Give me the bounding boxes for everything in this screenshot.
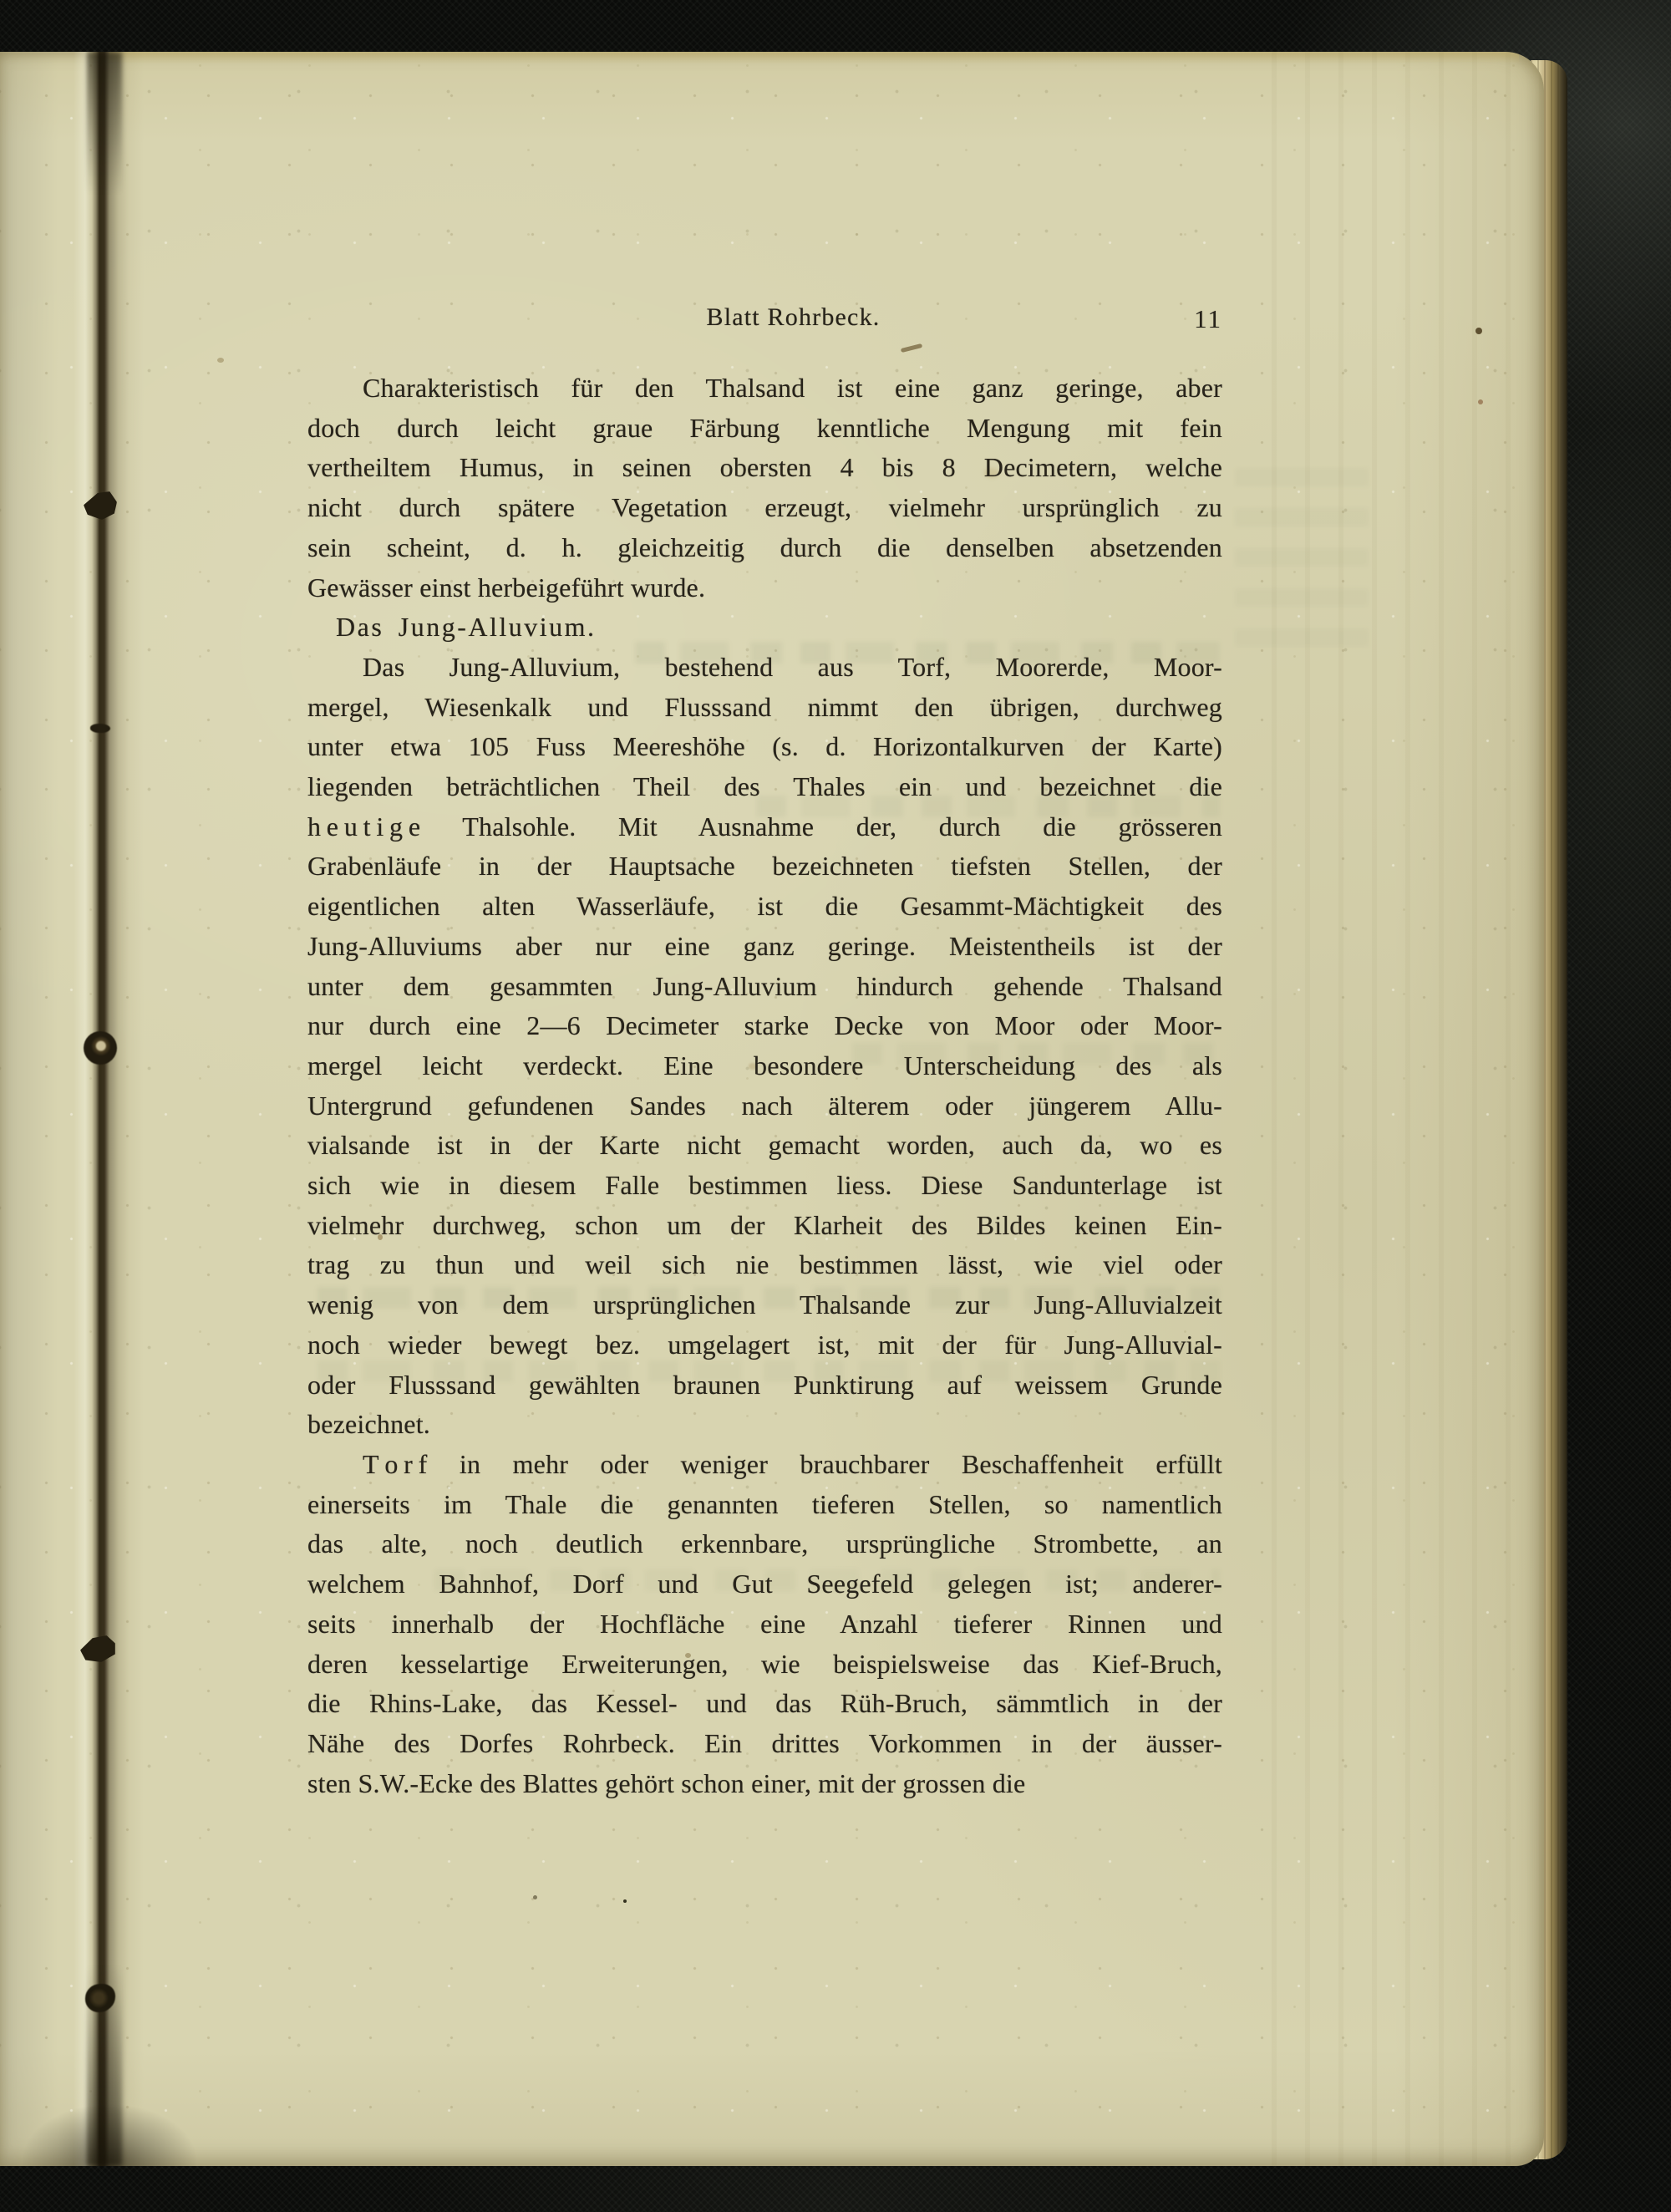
running-head: Blatt Rohrbeck. 11 — [307, 297, 1222, 338]
scan-streaks — [1243, 52, 1544, 2166]
text-line: unter dem gesammten Jung-Alluvium hindur… — [307, 967, 1222, 1007]
text-line: sich wie in diesem Falle bestimmen liess… — [307, 1166, 1222, 1206]
text-line: unter etwa 105 Fuss Meereshöhe (s. d. Ho… — [307, 727, 1222, 767]
text-line: mergel leicht verdeckt. Eine besondere U… — [307, 1046, 1222, 1086]
text-line: noch wieder bewegt bez. umgelagert ist, … — [307, 1325, 1222, 1365]
text-line: h e u t i g e Thalsohle. Mit Ausnahme de… — [307, 807, 1222, 847]
text-line: nicht durch spätere Vegetation erzeugt, … — [307, 488, 1222, 528]
running-head-title: Blatt Rohrbeck. — [336, 297, 1251, 338]
text-line: bezeichnet. — [307, 1405, 1222, 1445]
paper-stain — [533, 1895, 537, 1899]
ink-mark — [901, 343, 922, 353]
text-line: eigentlichen alten Wasserläufe, ist die … — [307, 887, 1222, 927]
book-page: Blatt Rohrbeck. 11 Charakteristisch für … — [0, 52, 1544, 2166]
text-line: Jung-Alluviums aber nur eine ganz gering… — [307, 927, 1222, 967]
text-line: vialsande ist in der Karte nicht gemacht… — [307, 1126, 1222, 1166]
text-line: das alte, noch deutlich erkennbare, ursp… — [307, 1524, 1222, 1564]
section-heading: Das Jung-Alluvium. — [336, 608, 1251, 648]
text-column: Charakteristisch für den Thalsand ist ei… — [307, 369, 1222, 1803]
text-line: Das Jung-Alluvium, bestehend aus Torf, M… — [307, 648, 1222, 688]
text-line: seits innerhalb der Hochfläche eine Anza… — [307, 1604, 1222, 1645]
text-line: liegenden beträchtlichen Theil des Thale… — [307, 767, 1222, 807]
binding-stitch-knot — [84, 1031, 117, 1065]
text-line: sten S.W.-Ecke des Blattes gehört schon … — [307, 1764, 1222, 1804]
text-line: Gewässer einst herbeigeführt wurde. — [307, 568, 1222, 608]
text-line: welchem Bahnhof, Dorf und Gut Seegefeld … — [307, 1564, 1222, 1604]
text-line: vielmehr durchweg, schon um der Klarheit… — [307, 1206, 1222, 1246]
page-number: 11 — [1194, 299, 1222, 339]
text-line: nur durch eine 2—6 Decimeter starke Deck… — [307, 1006, 1222, 1046]
text-line: mergel, Wiesenkalk und Flusssand nimmt d… — [307, 688, 1222, 728]
binding-stitch — [90, 724, 110, 733]
text-line: deren kesselartige Erweiterungen, wie be… — [307, 1645, 1222, 1685]
paper-stain — [623, 1899, 627, 1903]
text-line: Untergrund gefundenen Sandes nach ältere… — [307, 1086, 1222, 1126]
text-line: oder Flusssand gewählten braunen Punktir… — [307, 1365, 1222, 1406]
text-line: einerseits im Thale die genannten tiefer… — [307, 1485, 1222, 1525]
text-line: Nähe des Dorfes Rohrbeck. Ein drittes Vo… — [307, 1724, 1222, 1764]
text-line: Charakteristisch für den Thalsand ist ei… — [307, 369, 1222, 409]
text-line: die Rhins-Lake, das Kessel- und das Rüh-… — [307, 1684, 1222, 1724]
paper-stain — [217, 358, 224, 363]
gutter-end-shadow — [87, 52, 122, 2166]
text-line: Grabenläufe in der Hauptsache bezeichnet… — [307, 847, 1222, 887]
text-line: trag zu thun und weil sich nie bestimmen… — [307, 1245, 1222, 1285]
text-line: wenig von dem ursprünglichen Thalsande z… — [307, 1285, 1222, 1325]
text-line: vertheiltem Humus, in seinen obersten 4 … — [307, 448, 1222, 488]
text-line: sein scheint, d. h. gleichzeitig durch d… — [307, 528, 1222, 568]
text-line: doch durch leicht graue Färbung kenntlic… — [307, 409, 1222, 449]
text-line: T o r f in mehr oder weniger brauchbarer… — [307, 1445, 1222, 1485]
